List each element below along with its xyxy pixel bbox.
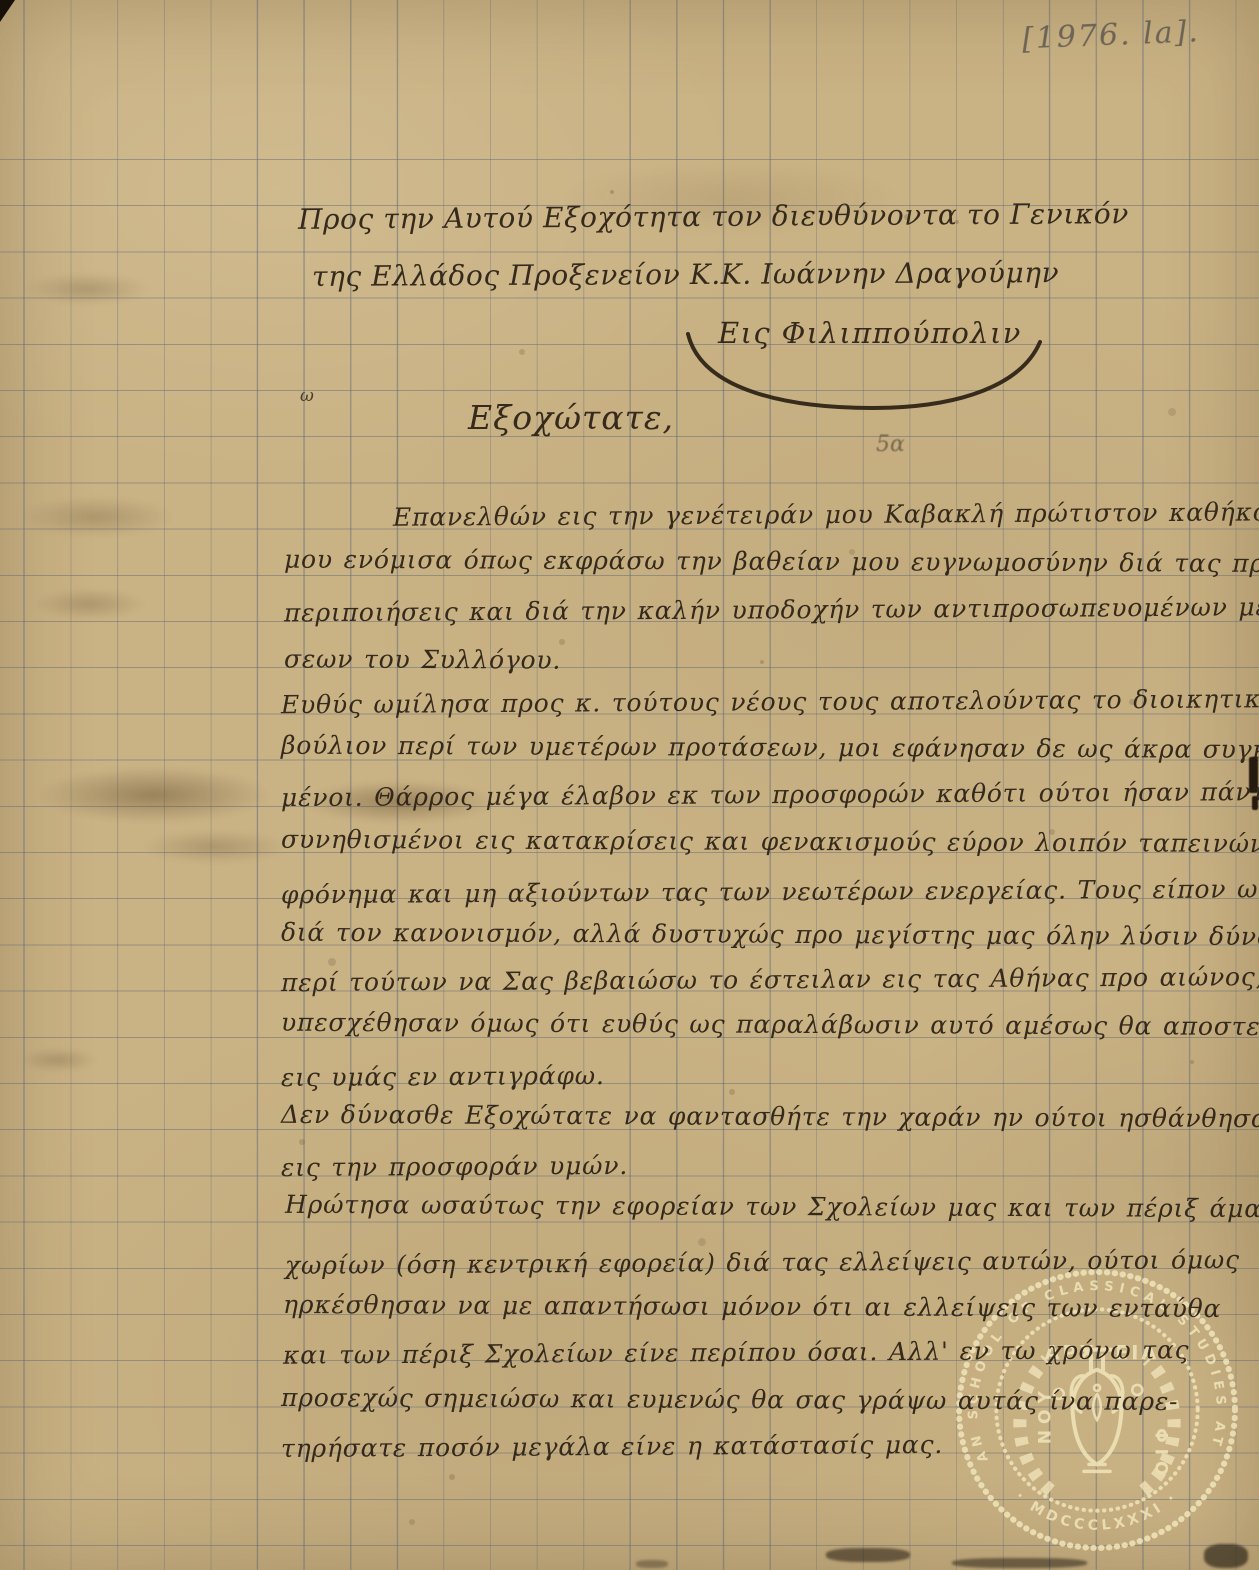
handwriting-line: Ευθύς ωμίλησα προς κ. τούτους νέους τους… [281, 684, 1259, 720]
underline-flourish [672, 322, 1052, 417]
scan-corner-artifact [0, 0, 15, 22]
seal-letters-right-column: Φ Ι Ο [1150, 1428, 1170, 1475]
handwriting-line: μένοι. Θάρρος μέγα έλαβον εκ των προσφορ… [281, 777, 1259, 812]
bottom-edge-smudge [636, 1560, 668, 1568]
bleed-mark [140, 830, 290, 864]
address-line: της Ελλάδος Προξενείον Κ.Κ. Ιωάννην Δραγ… [312, 256, 1059, 293]
handwriting-line: Επανελθών εις την γενέτειράν μου Καβακλή… [393, 497, 1259, 531]
bleed-mark [34, 766, 274, 824]
handwriting-line: περί τούτων να Σας βεβαιώσω το έστειλαν … [281, 962, 1259, 997]
handwriting-line: υπεσχέθησαν όμως ότι ευθύς ως παραλάβωσι… [281, 1008, 1259, 1042]
archival-number-annotation: [1976. la]. [1021, 14, 1200, 57]
ink-mark: ω [300, 386, 314, 406]
foxing-specks [610, 190, 614, 194]
bleed-mark [16, 496, 176, 538]
bleed-mark [22, 272, 152, 306]
handwriting-line: Ηρώτησα ωσαύτως την εφορείαν των Σχολείω… [285, 1190, 1259, 1223]
handwriting-line: προσεχώς σημειώσω και ευμενώς θα σας γρά… [281, 1383, 1178, 1416]
marginal-mark: 5α [876, 432, 905, 457]
salutation: Εξοχώτατε, [468, 398, 674, 437]
bottom-edge-smudge [826, 1548, 910, 1562]
svg-text:· MDCCCLXXXI ·: · MDCCCLXXXI · [1012, 1488, 1181, 1534]
handwriting-line: τηρήσατε ποσόν μεγάλα είνε η κατάστασίς … [281, 1430, 943, 1463]
bottom-edge-smudge [1204, 1544, 1248, 1568]
handwriting-line: συνηθισμένοι εις κατακρίσεις και φενακισ… [281, 825, 1259, 858]
handwriting-line: σεων του Συλλόγου. [284, 644, 561, 674]
address-line: Προς την Αυτού Εξοχότητα τον διευθύνοντα… [298, 197, 1129, 236]
bleed-mark [18, 1048, 98, 1072]
seal-year-text: · MDCCCLXXXI · [1012, 1488, 1181, 1534]
bottom-edge-smudge [952, 1558, 1087, 1568]
handwriting-line: χωρίων (όση κεντρική εφορεία) διά τας ελ… [285, 1245, 1240, 1280]
handwriting-line: Δεν δύνασθε Εξοχώτατε να φαντασθήτε την … [281, 1100, 1259, 1133]
handwriting-line: βούλιον περί των υμετέρων προτάσεων, μοι… [281, 731, 1259, 765]
letter-scan-page: AMERICAN SCHOOL OF CLASSICAL STUDIES AT … [0, 0, 1259, 1570]
handwriting-line: εις την προσφοράν υμών. [281, 1151, 628, 1182]
laurel-branch-right [1143, 1360, 1174, 1491]
handwriting-line: μου ενόμισα όπως εκφράσω την βαθείαν μου… [284, 545, 1259, 579]
handwriting-line: και των πέριξ Σχολείων είνε περίπου όσαι… [283, 1335, 1190, 1370]
handwriting-line: διά τον κανονισμόν, αλλά δυστυχώς προ με… [281, 918, 1259, 952]
handwriting-line: περιποιήσεις και διά την καλήν υποδοχήν … [284, 592, 1259, 628]
handwriting-line: ηρκέσθησαν να με απαντήσωσι μόνον ότι αι… [283, 1290, 1221, 1323]
bleed-mark [32, 588, 147, 620]
handwriting-line: εις υμάς εν αντιγράφω. [281, 1061, 605, 1092]
laurel-branch-left [1020, 1360, 1051, 1491]
handwriting-line: φρόνημα και μη αξιούντων τας των νεωτέρω… [281, 874, 1259, 910]
